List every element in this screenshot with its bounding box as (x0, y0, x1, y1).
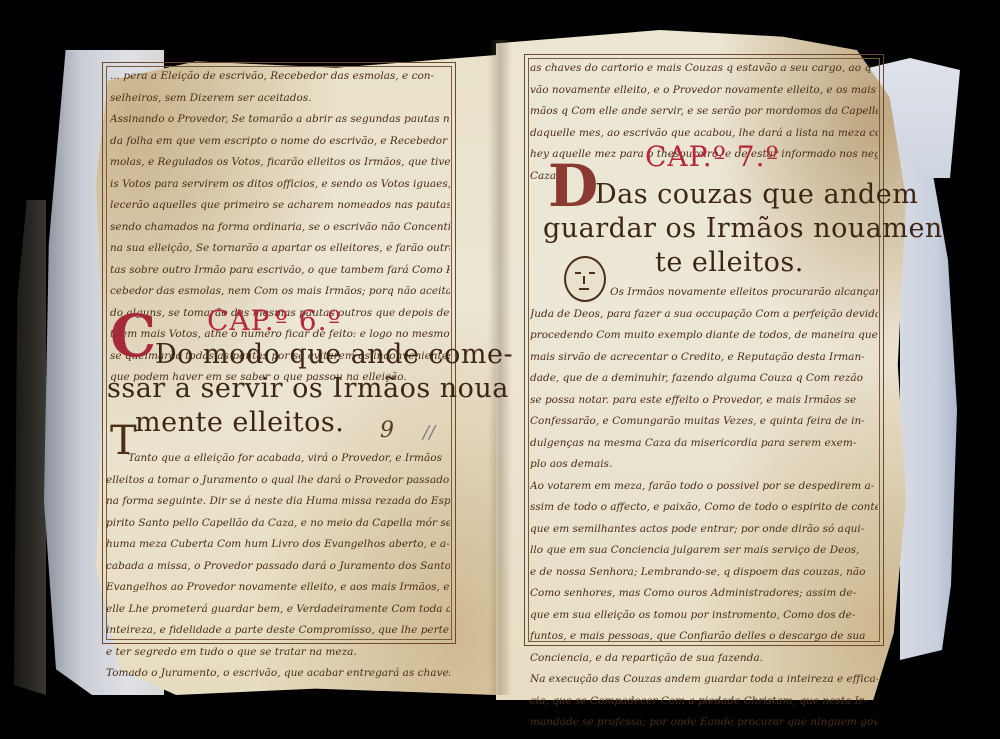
text-line: mais sirvão de acrecentar o Credito, e R… (530, 347, 878, 369)
text-line: Tanto que a elleição for acabada, virá o… (106, 448, 450, 470)
chapter-7-label: CAP.º 7.º (645, 140, 780, 173)
text-line: mandade se professa; por onde Eande proc… (530, 712, 878, 734)
text-line: lecerão aquelles que primeiro se acharem… (110, 195, 450, 217)
text-line: e ter segredo em tudo o que se tratar na… (106, 642, 450, 664)
text-line: tas sobre outro Irmão para escrivão, o q… (110, 260, 450, 282)
text-line: pirito Santo pello Capellão da Caza, e n… (106, 513, 450, 535)
text-line: dade, que de a deminuhir, fazendo alguma… (530, 368, 878, 390)
text-line: Juda de Deos, para fazer a sua occupação… (530, 304, 878, 326)
face-eye-right (589, 272, 595, 274)
text-line: Conciencia, e da repartição de sua fazen… (530, 648, 878, 670)
text-line: procedendo Com muito exemplo diante de t… (530, 325, 878, 347)
text-line: vão novamente elleito, e o Provedor nova… (530, 80, 878, 102)
chapter-6-label: CAP.º 6.º (207, 304, 342, 337)
chapter-7-heading: Das couzas que andem guardar os Irmãos n… (595, 178, 943, 280)
text-line: ssim de todo o affecto, e paixão, Como d… (530, 497, 878, 519)
book-cover-spine (14, 200, 46, 695)
margin-flourish-mark: 9 (380, 418, 394, 443)
heading-line: Das couzas que andem (595, 178, 943, 212)
text-line: na sua elleição, Se tornarão a apartar o… (110, 238, 450, 260)
manuscript-photo: ... pera a Eleição de escrivão, Recebedo… (0, 0, 1000, 739)
text-line: dulgenças na mesma Caza da misericordia … (530, 433, 878, 455)
text-line: ... pera a Eleição de escrivão, Recebedo… (110, 66, 450, 88)
text-line: llo que em sua Conciencia julgarem ser m… (530, 540, 878, 562)
right-page-body-text: Os Irmãos novamente elleitos procurarão … (530, 282, 878, 734)
text-line: cebedor das esmolas, nem Com os mais Irm… (110, 281, 450, 303)
text-line: elle Lhe prometerá guardar bem, e Verdad… (106, 599, 450, 621)
text-line: Tomado o Juramento, o escrivão, que acab… (106, 663, 450, 685)
text-line: elleitos a tomar o Juramento o qual lhe … (106, 470, 450, 492)
margin-slash-mark: // (423, 422, 435, 443)
text-line: sendo chamados na forma ordinaria, se o … (110, 217, 450, 239)
text-line: que em semilhantes actos pode entrar; po… (530, 519, 878, 541)
text-line: cia, que se Compadecer Com a piedade Chr… (530, 691, 878, 713)
text-line: Os Irmãos novamente elleitos procurarão … (530, 282, 878, 304)
text-line: Evangelhos ao Provedor novamente elleito… (106, 577, 450, 599)
text-line: selheiros, sem Dizerem ser aceitados. (110, 88, 450, 110)
text-line: e de nossa Senhora; Lembrando-se, q disp… (530, 562, 878, 584)
heading-line: Do modo que ande come- (155, 338, 513, 372)
text-line: Confessarão, e Comungarão muitas Vezes, … (530, 411, 878, 433)
text-line: se possa notar. para este effeito o Prov… (530, 390, 878, 412)
text-line: inteireza, e fidelidade a parte deste Co… (106, 620, 450, 642)
text-line: Como senhores, mas Como ouros Administra… (530, 583, 878, 605)
heading-line: te elleitos. (655, 246, 943, 280)
text-line: Assinando o Provedor, Se tomarão a abrir… (110, 109, 450, 131)
text-line: que em sua elleição os tomou por instrom… (530, 605, 878, 627)
left-page-body-text: Tanto que a elleição for acabada, virá o… (106, 448, 450, 685)
text-line: Ao votarem em meza, farão todo o possive… (530, 476, 878, 498)
text-line: funtos, e mais pessoas, que Confiarão de… (530, 626, 878, 648)
chapter-6-heading: Do modo que ande come- ssar a servir os … (155, 338, 513, 440)
heading-line: mente elleitos. (135, 406, 513, 440)
text-line: cabada a missa, o Provedor passado dará … (106, 556, 450, 578)
face-eye-left (575, 272, 581, 274)
heading-line: guardar os Irmãos nouamen (543, 212, 943, 246)
text-line: huma meza Cuberta Com hum Livro dos Evan… (106, 534, 450, 556)
decorated-initial-c: C (110, 302, 156, 370)
text-line: na forma seguinte. Dir se á neste dia Hu… (106, 491, 450, 513)
text-line: plo aos demais. (530, 454, 878, 476)
text-line: molas, e Regulados os Votos, ficarão ell… (110, 152, 450, 174)
decorated-initial-d: D (548, 152, 598, 220)
text-line: mãos q Com elle ande servir, e se serão … (530, 101, 878, 123)
heading-line: ssar a servir os Irmãos noua (107, 372, 513, 406)
text-line: as chaves do cartorio e mais Couzas q es… (530, 58, 878, 80)
text-line: da folha em que vem escripto o nome do e… (110, 131, 450, 153)
text-line: Na execução das Couzas andem guardar tod… (530, 669, 878, 691)
text-line: is Votos para servirem os ditos officios… (110, 174, 450, 196)
